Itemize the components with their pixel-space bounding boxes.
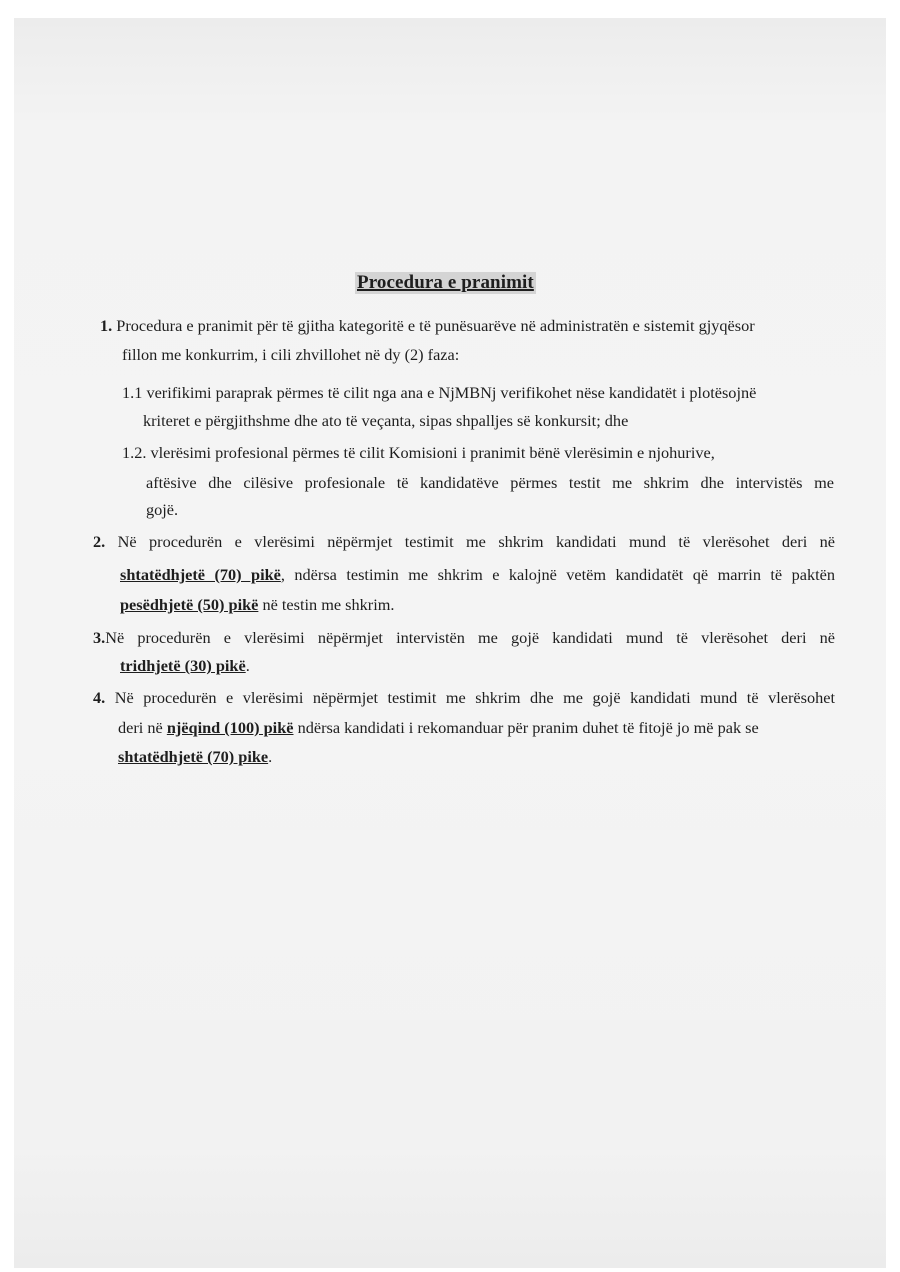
item-text: deri në bbox=[118, 718, 167, 737]
subitem-text: kriteret e përgjithshme dhe ato të veçan… bbox=[143, 411, 628, 430]
item-text: Në procedurën e vlerësimi nëpërmjet test… bbox=[115, 688, 835, 707]
item-4-line-3: shtatëdhjetë (70) pike. bbox=[118, 747, 272, 767]
subitem-number: 1.1 bbox=[122, 383, 142, 402]
subitem-1-2-line-3: gojë. bbox=[146, 500, 178, 520]
subitem-number: 1.2. bbox=[122, 443, 146, 462]
subitem-text: vlerësimi profesional përmes të cilit Ko… bbox=[151, 443, 715, 462]
item-text: në testin me shkrim. bbox=[258, 595, 394, 614]
item-text: ndërsa kandidati i rekomanduar për prani… bbox=[294, 718, 759, 737]
item-text: Në procedurën e vlerësimi nëpërmjet test… bbox=[118, 532, 835, 551]
item-text: Procedura e pranimit për të gjitha kateg… bbox=[116, 316, 754, 335]
subitem-text: aftësive dhe cilësive profesionale të ka… bbox=[146, 473, 834, 492]
item-3-line-1: 3.Në procedurën e vlerësimi nëpërmjet in… bbox=[93, 628, 835, 648]
item-number: 2. bbox=[93, 532, 105, 551]
item-1-line-1: 1. Procedura e pranimit për të gjitha ka… bbox=[100, 316, 755, 336]
subitem-1-2-line-2: aftësive dhe cilësive profesionale të ka… bbox=[146, 473, 834, 493]
document-title: Procedura e pranimit bbox=[355, 272, 536, 294]
subitem-text: gojë. bbox=[146, 500, 178, 519]
subitem-1-1-line-1: 1.1 verifikimi paraprak përmes të cilit … bbox=[122, 383, 756, 403]
item-2-line-1: 2. Në procedurën e vlerësimi nëpërmjet t… bbox=[93, 532, 835, 552]
points-emphasis: njëqind (100) pikë bbox=[167, 718, 294, 737]
subitem-text: verifikimi paraprak përmes të cilit nga … bbox=[146, 383, 756, 402]
item-number: 3. bbox=[93, 628, 105, 647]
item-4-line-1: 4. Në procedurën e vlerësimi nëpërmjet t… bbox=[93, 688, 835, 708]
item-2-line-3: pesëdhjetë (50) pikë në testin me shkrim… bbox=[120, 595, 394, 615]
item-1-line-2: fillon me konkurrim, i cili zhvillohet n… bbox=[122, 345, 459, 365]
points-emphasis: tridhjetë (30) pikë bbox=[120, 656, 246, 675]
item-text: . bbox=[246, 656, 250, 675]
points-emphasis: shtatëdhjetë (70) pikë bbox=[120, 565, 281, 584]
item-text: . bbox=[268, 747, 272, 766]
item-number: 1. bbox=[100, 316, 112, 335]
points-emphasis: pesëdhjetë (50) pikë bbox=[120, 595, 258, 614]
item-text: fillon me konkurrim, i cili zhvillohet n… bbox=[122, 345, 459, 364]
item-number: 4. bbox=[93, 688, 105, 707]
item-text: Në procedurën e vlerësimi nëpërmjet inte… bbox=[105, 628, 835, 647]
points-emphasis: shtatëdhjetë (70) pike bbox=[118, 747, 268, 766]
item-text: , ndërsa testimin me shkrim e kalojnë ve… bbox=[281, 565, 835, 584]
subitem-1-2-line-1: 1.2. vlerësimi profesional përmes të cil… bbox=[122, 443, 715, 463]
item-3-line-2: tridhjetë (30) pikë. bbox=[120, 656, 250, 676]
item-4-line-2: deri në njëqind (100) pikë ndërsa kandid… bbox=[118, 718, 759, 738]
item-2-line-2: shtatëdhjetë (70) pikë, ndërsa testimin … bbox=[120, 565, 835, 585]
subitem-1-1-line-2: kriteret e përgjithshme dhe ato të veçan… bbox=[143, 411, 628, 431]
